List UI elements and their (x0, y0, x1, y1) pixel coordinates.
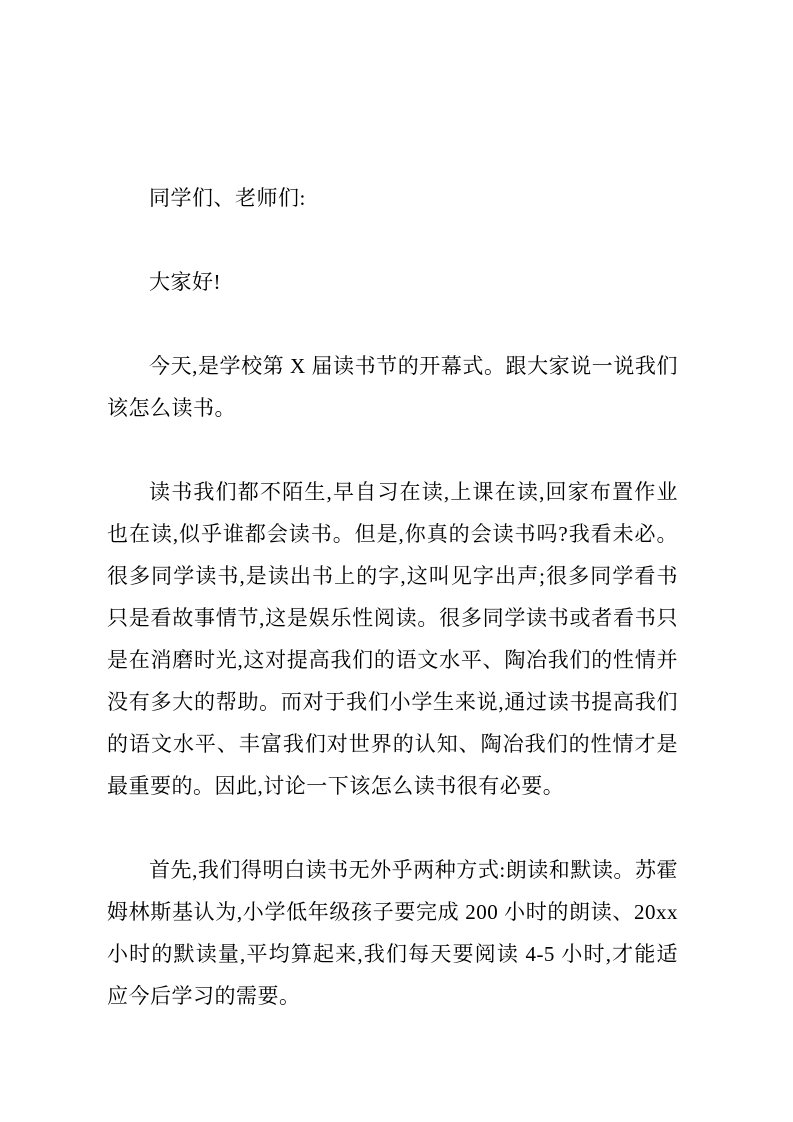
paragraph-salutation: 同学们、老师们: (107, 177, 678, 219)
paragraph-body-reading-habits: 读书我们都不陌生,早自习在读,上课在读,回家布置作业也在读,似乎谁都会读书。但是… (107, 471, 678, 807)
document-page: 同学们、老师们: 大家好! 今天,是学校第 X 届读书节的开幕式。跟大家说一说我… (0, 0, 793, 1122)
paragraph-body-reading-methods: 首先,我们得明白读书无外乎两种方式:朗读和默读。苏霍姆林斯基认为,小学低年级孩子… (107, 849, 678, 1017)
paragraph-greeting: 大家好! (107, 261, 678, 303)
paragraph-intro: 今天,是学校第 X 届读书节的开幕式。跟大家说一说我们该怎么读书。 (107, 345, 678, 429)
